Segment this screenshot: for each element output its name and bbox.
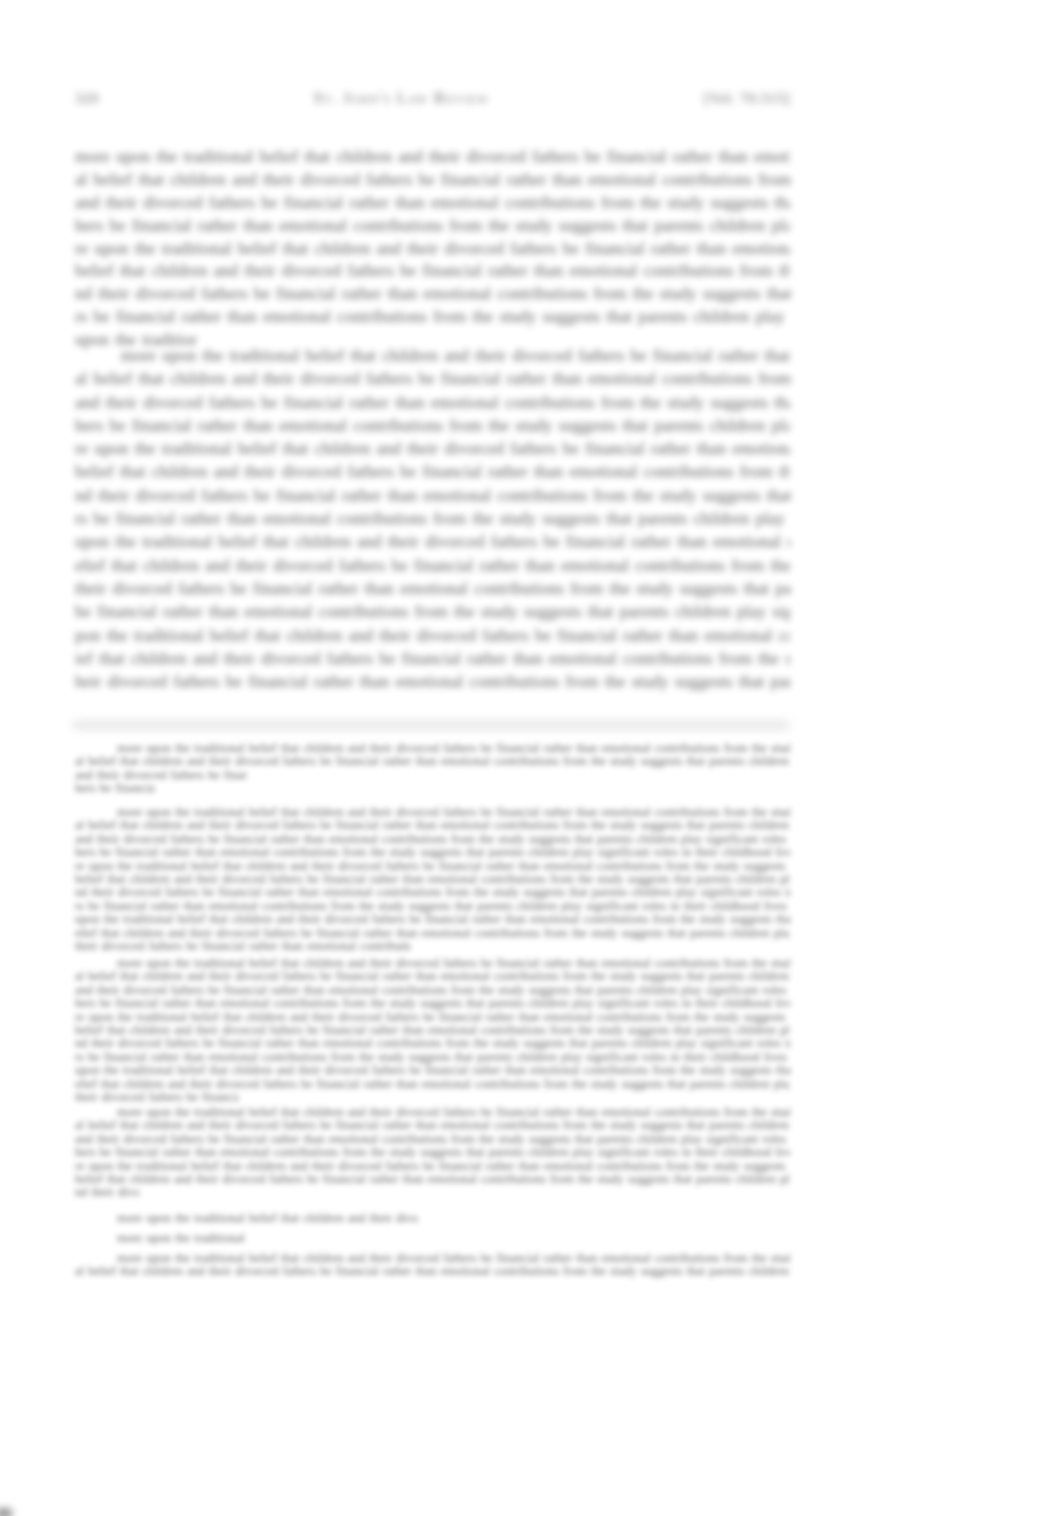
blurred-text-line: heir divorced fathers be financial rathe… <box>75 670 790 693</box>
footnote-block-2: more upon the traditional belief that ch… <box>75 806 790 953</box>
blurred-text-line: more upon the traditional belief that ch… <box>75 1212 418 1225</box>
blurred-text-line: re upon the traditional belief that chil… <box>75 1011 790 1024</box>
blurred-text-line: more upon the traditional belief that ch… <box>75 1252 790 1265</box>
blurred-text-line: belief that children and their divorced … <box>75 1173 790 1186</box>
blurred-text-line: elief that children and their divorced f… <box>75 1078 790 1091</box>
blurred-text-line: more upon the traditional belief that ch… <box>75 1232 247 1245</box>
blurred-text-line: hers be financial rather than emotional … <box>75 782 154 795</box>
blurred-text-line: belief that children and their divorced … <box>75 460 790 483</box>
blurred-text-line: more upon the traditional belief that ch… <box>75 1106 790 1119</box>
blurred-text-line: elief that children and their divorced f… <box>75 927 790 940</box>
blurred-text-line: hers be financial rather than emotional … <box>75 997 790 1010</box>
footnote-block-7: more upon the traditional belief that ch… <box>75 1252 790 1279</box>
blurred-text-line: re upon the traditional belief that chil… <box>75 437 790 460</box>
blurred-text-line: upon the traditional belief that childre… <box>75 1064 790 1077</box>
blurred-text-line: and their divorced fathers be financial … <box>75 833 790 846</box>
footnote-block-5: more upon the traditional belief that ch… <box>75 1212 790 1225</box>
running-header: 320 St. John's Law Review [Vol. 70:315] <box>75 90 790 112</box>
blurred-text-line: nd their divorced fathers be financial r… <box>75 1037 790 1050</box>
blurred-text-line: and their divorced fathers be financial … <box>75 769 247 782</box>
blurred-text-line: belief that children and their divorced … <box>75 1024 790 1037</box>
blurred-text-line: re upon the traditional belief that chil… <box>75 1160 790 1173</box>
footnote-separator-smear <box>72 721 790 729</box>
blurred-text-line: re upon the traditional belief that chil… <box>75 238 790 261</box>
journal-title: St. John's Law Review <box>314 90 490 108</box>
scan-corner-artifact <box>0 1508 12 1516</box>
blurred-text-line: hers be financial rather than emotional … <box>75 846 790 859</box>
blurred-text-line: more upon the traditional belief that ch… <box>75 742 790 755</box>
blurred-text-line: nd their divorced fathers be financial r… <box>75 886 790 899</box>
body-paragraph-1: more upon the traditional belief that ch… <box>75 146 790 352</box>
blurred-text-line: elief that children and their divorced f… <box>75 554 790 577</box>
blurred-text-line: upon the traditional belief that childre… <box>75 530 790 553</box>
blurred-text-line: al belief that children and their divorc… <box>75 367 790 390</box>
blurred-text-line: nd their divorced fathers be financial r… <box>75 484 790 507</box>
blurred-text-line: rs be financial rather than emotional co… <box>75 507 790 530</box>
blurred-text-line: upon the traditional belief that childre… <box>75 913 790 926</box>
blurred-text-line: al belief that children and their divorc… <box>75 169 790 192</box>
blurred-text-line: rs be financial rather than emotional co… <box>75 1051 790 1064</box>
body-paragraph-2: more upon the traditional belief that ch… <box>75 344 790 693</box>
blurred-text-line: more upon the traditional belief that ch… <box>75 806 790 819</box>
blurred-text-line: nd their divorced fathers be financial r… <box>75 283 790 306</box>
blurred-text-line: al belief that children and their divorc… <box>75 755 790 768</box>
blurred-text-line: their divorced fathers be financial rath… <box>75 577 790 600</box>
page-number: 320 <box>75 91 99 108</box>
blurred-text-line: hers be financial rather than emotional … <box>75 414 790 437</box>
blurred-text-line: and their divorced fathers be financial … <box>75 192 790 215</box>
blurred-text-line: nd their divorced fathers be financial r… <box>75 1186 139 1199</box>
blurred-text-line: re upon the traditional belief that chil… <box>75 860 790 873</box>
footnote-block-6: more upon the traditional belief that ch… <box>75 1232 790 1245</box>
blurred-text-line: their divorced fathers be financial rath… <box>75 1091 239 1104</box>
scanned-document-page: 320 St. John's Law Review [Vol. 70:315] … <box>0 0 1062 1516</box>
blurred-text-line: al belief that children and their divorc… <box>75 819 790 832</box>
blurred-text-line: al belief that children and their divorc… <box>75 1265 790 1278</box>
blurred-text-line: more upon the traditional belief that ch… <box>75 344 790 367</box>
blurred-text-line: ief that children and their divorced fat… <box>75 647 790 670</box>
blurred-text-line: al belief that children and their divorc… <box>75 970 790 983</box>
blurred-text-line: belief that children and their divorced … <box>75 873 790 886</box>
blurred-text-line: and their divorced fathers be financial … <box>75 1133 790 1146</box>
footnote-block-3: more upon the traditional belief that ch… <box>75 957 790 1104</box>
blurred-text-line: be financial rather than emotional contr… <box>75 600 790 623</box>
blurred-text-line: al belief that children and their divorc… <box>75 1119 790 1132</box>
footnote-block-4: more upon the traditional belief that ch… <box>75 1106 790 1200</box>
blurred-text-line: more upon the traditional belief that ch… <box>75 957 790 970</box>
blurred-text-line: and their divorced fathers be financial … <box>75 984 790 997</box>
blurred-text-line: their divorced fathers be financial rath… <box>75 940 411 953</box>
blurred-text-line: rs be financial rather than emotional co… <box>75 900 790 913</box>
blurred-text-line: more upon the traditional belief that ch… <box>75 146 790 169</box>
blurred-text-line: hers be financial rather than emotional … <box>75 1146 790 1159</box>
blurred-text-line: belief that children and their divorced … <box>75 260 790 283</box>
blurred-text-line: pon the traditional belief that children… <box>75 624 790 647</box>
blurred-text-line: rs be financial rather than emotional co… <box>75 306 790 329</box>
volume-reference: [Vol. 70:315] <box>704 91 790 108</box>
blurred-text-line: hers be financial rather than emotional … <box>75 215 790 238</box>
footnote-block-1: more upon the traditional belief that ch… <box>75 742 790 796</box>
blurred-text-line: and their divorced fathers be financial … <box>75 391 790 414</box>
